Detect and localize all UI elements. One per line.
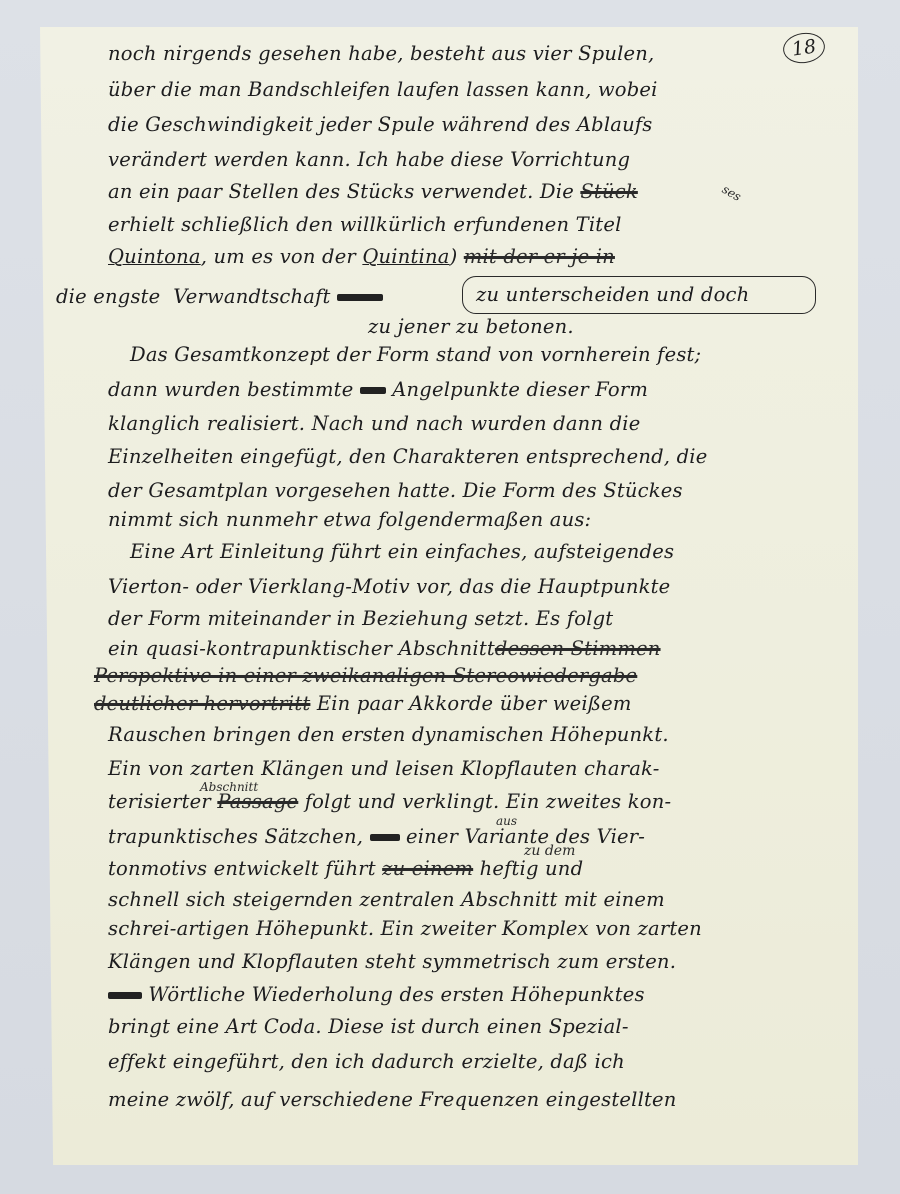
manuscript-line: Ein von zarten Klängen und leisen Klopfl…: [108, 757, 660, 780]
manuscript-line: meine zwölf, auf verschiedene Frequenzen…: [108, 1088, 677, 1111]
struck-text: Perspektive in einer zweikanaligen Stere…: [94, 664, 637, 687]
manuscript-line: die engste Verwandtschaft: [56, 285, 383, 308]
manuscript-line: Wörtliche Wiederholung des ersten Höhepu…: [108, 983, 645, 1006]
manuscript-line: schnell sich steigernden zentralen Absch…: [108, 888, 665, 911]
struck-text: Stück: [580, 180, 638, 203]
scribble-deletion: [360, 387, 386, 394]
manuscript-line: tonmotivs entwickelt führt zu einem heft…: [108, 857, 583, 880]
circled-insertion: zu unterscheiden und doch: [476, 283, 749, 306]
manuscript-line: Klängen und Klopflauten steht symmetrisc…: [108, 950, 676, 973]
struck-text: mit der er je in: [464, 245, 615, 268]
manuscript-line: Quintona, um es von der Quintina) mit de…: [108, 245, 615, 268]
manuscript-line: zu jener zu betonen.: [368, 315, 574, 338]
manuscript-line: über die man Bandschleifen laufen lassen…: [108, 78, 658, 101]
scribble-deletion: [108, 992, 142, 999]
scribble-deletion: [337, 294, 383, 301]
manuscript-line: Perspektive in einer zweikanaligen Stere…: [94, 664, 637, 687]
manuscript-line: terisierter Passage folgt und verklingt.…: [108, 790, 671, 813]
manuscript-line: Vierton- oder Vierklang-Motiv vor, das d…: [108, 575, 670, 598]
struck-text: deutlicher hervortritt: [94, 692, 310, 715]
manuscript-line: deutlicher hervortritt Ein paar Akkorde …: [94, 692, 632, 715]
scribble-deletion: [370, 834, 400, 841]
manuscript-line: erhielt schließlich den willkürlich erfu…: [108, 213, 622, 236]
manuscript-line: ein quasi-kontrapunktischer Abschnittdes…: [108, 637, 661, 660]
manuscript-line: der Form miteinander in Beziehung setzt.…: [108, 607, 613, 630]
struck-text: Passage: [217, 790, 298, 813]
manuscript-line: an ein paar Stellen des Stücks verwendet…: [108, 180, 638, 203]
manuscript-line: Einzelheiten eingefügt, den Charakteren …: [108, 445, 707, 468]
manuscript-line: verändert werden kann. Ich habe diese Vo…: [108, 148, 630, 171]
manuscript-line: effekt eingeführt, den ich dadurch erzie…: [108, 1050, 625, 1073]
manuscript-line: der Gesamtplan vorgesehen hatte. Die For…: [108, 479, 683, 502]
manuscript-line: bringt eine Art Coda. Diese ist durch ei…: [108, 1015, 629, 1038]
struck-text: dessen Stimmen: [495, 637, 661, 660]
manuscript-line: dann wurden bestimmte Angelpunkte dieser…: [108, 378, 648, 401]
manuscript-line: noch nirgends gesehen habe, besteht aus …: [108, 42, 654, 65]
underlined-title: Quintina: [362, 245, 449, 268]
manuscript-line: Rauschen bringen den ersten dynamischen …: [108, 723, 669, 746]
underlined-title: Quintona: [108, 245, 201, 268]
manuscript-line: nimmt sich nunmehr etwa folgendermaßen a…: [108, 508, 591, 531]
manuscript-line: schrei-artigen Höhepunkt. Ein zweiter Ko…: [108, 917, 702, 940]
manuscript-line: Eine Art Einleitung führt ein einfaches,…: [130, 540, 674, 563]
manuscript-line: die Geschwindigkeit jeder Spule während …: [108, 113, 653, 136]
margin-insertion: die engste: [56, 285, 160, 308]
manuscript-line: Das Gesamtkonzept der Form stand von vor…: [130, 343, 701, 366]
manuscript-line: klanglich realisiert. Nach und nach wurd…: [108, 412, 640, 435]
struck-text: zu einem: [382, 857, 473, 880]
